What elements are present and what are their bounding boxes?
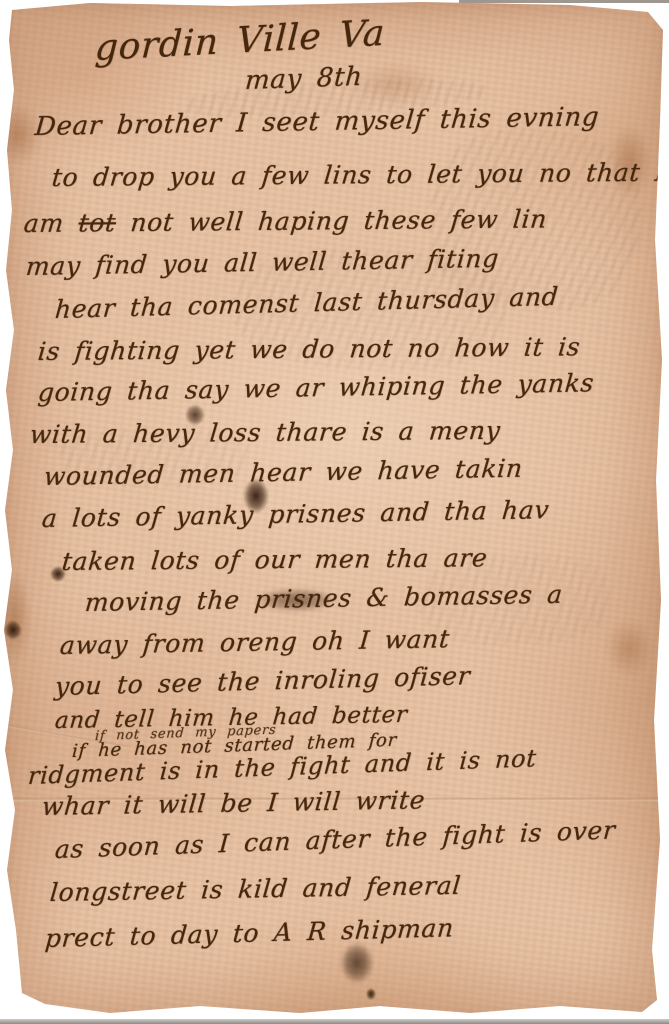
scanner-edge-top [459,0,669,3]
letter-line-with-strikethrough: am tot not well haping these few lin [23,204,549,238]
paper-stain [596,608,662,688]
struck-word: tot [77,208,117,237]
letter-line: to drop you a few lins to let you no tha… [51,158,667,192]
scanner-edge-bottom [0,1019,669,1024]
paper-sheet: gordin Ville Va may 8th Dear brother I s… [0,0,669,1024]
heading-date: may 8th [244,62,364,96]
letter-line: taken lots of our men tha are [61,543,489,576]
scanned-letter: gordin Ville Va may 8th Dear brother I s… [0,0,669,1024]
letter-line: with a hevy loss thare is a meny [29,416,502,449]
letter-line: is fighting yet we do not no how it is [37,332,582,366]
struck-line-prefix: am [23,209,80,239]
struck-line-suffix: not well haping these few lin [115,204,549,237]
